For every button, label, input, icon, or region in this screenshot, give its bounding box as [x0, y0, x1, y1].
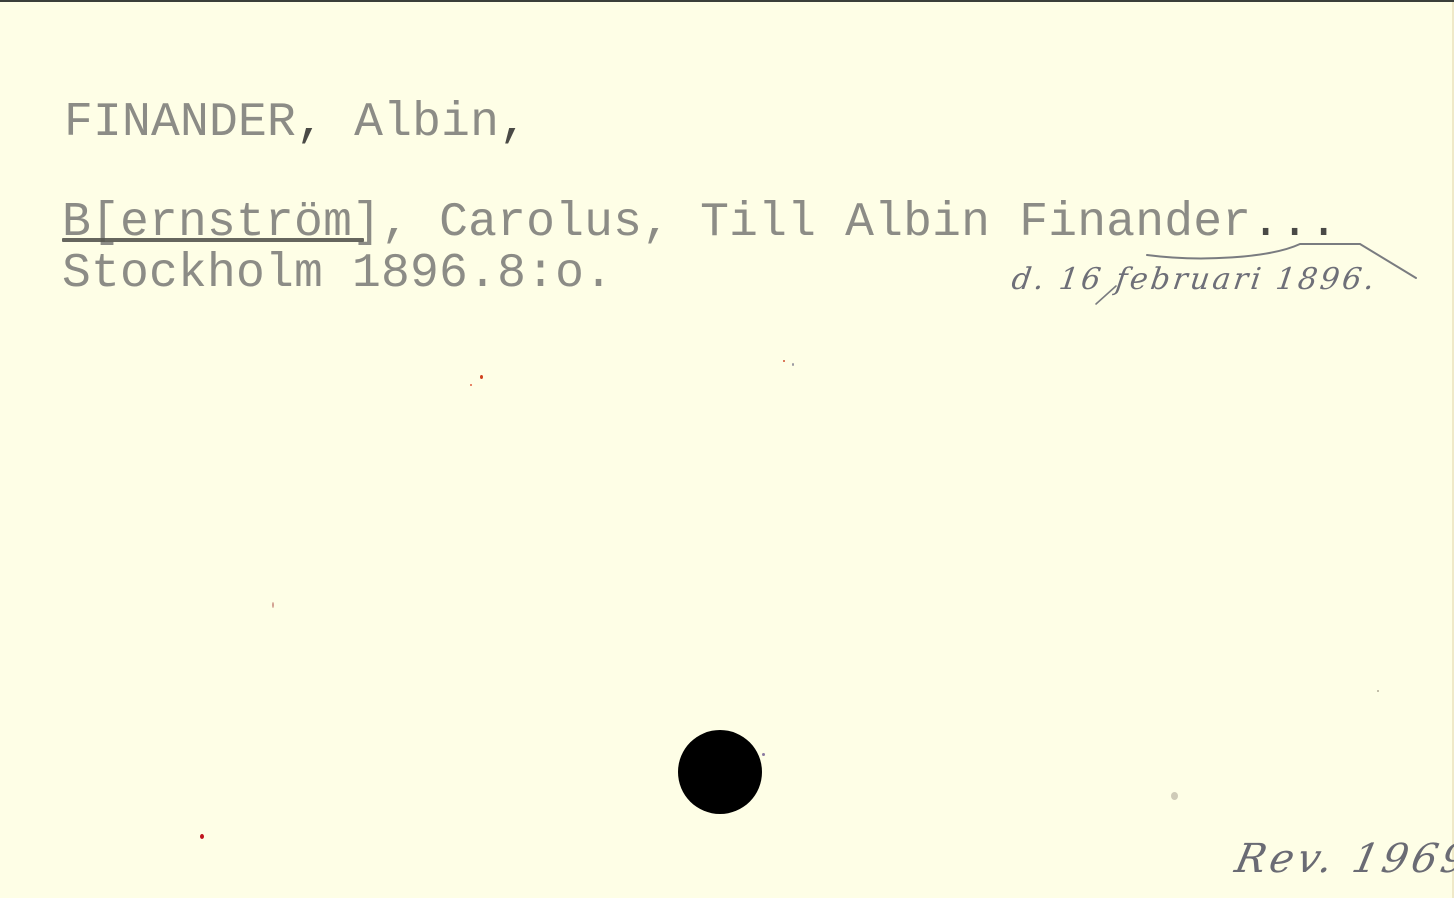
- ink-speck: [783, 360, 785, 362]
- ink-speck: [200, 834, 204, 839]
- paper-speck: [1171, 792, 1178, 800]
- ink-speck: [762, 753, 765, 756]
- ink-speck: [792, 363, 794, 366]
- catalog-card: FINANDER, Albin, B[ernström], Carolus, T…: [0, 0, 1454, 898]
- paper-speck: [1377, 690, 1379, 692]
- punch-hole: [678, 730, 762, 814]
- ink-speck: [470, 384, 472, 386]
- handwritten-revision-note: Rev. 1969: [1231, 836, 1454, 882]
- paper-speck: [272, 602, 274, 608]
- ink-speck: [480, 375, 483, 379]
